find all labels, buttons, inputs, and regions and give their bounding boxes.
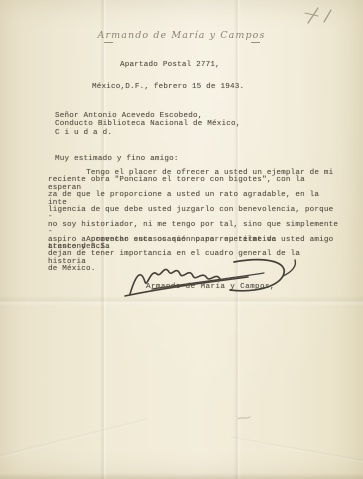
bottom-edge-shadow [0,473,363,479]
letterhead-name: Armando de María y Campos [0,30,363,41]
date-line: México,D.F., febrero 15 de 1943. [92,84,244,91]
diagonal-crease-bottom-right [231,436,363,470]
handwritten-signature [122,254,302,300]
salutation-line: Muy estimado y fino amigo: [55,156,179,163]
recipient-address-block: Señor Antonio Acevedo Escobedo, Conducto… [55,112,241,137]
pencil-smudge [237,415,251,421]
diagonal-crease-bottom-left [0,418,148,464]
letterhead-flourish-right [251,42,260,43]
typed-signature-name: Armando de María y Campos, [146,284,275,291]
letter-scan: Armando de María y Campos Apartado Posta… [0,0,363,479]
closing-lines: Aprovecho esta ocasión para repetirme de… [48,237,333,252]
pencil-annotation-mark [303,5,335,27]
po-box-line: Apartado Postal 2771, [120,62,220,69]
letterhead-flourish-left [104,42,113,43]
